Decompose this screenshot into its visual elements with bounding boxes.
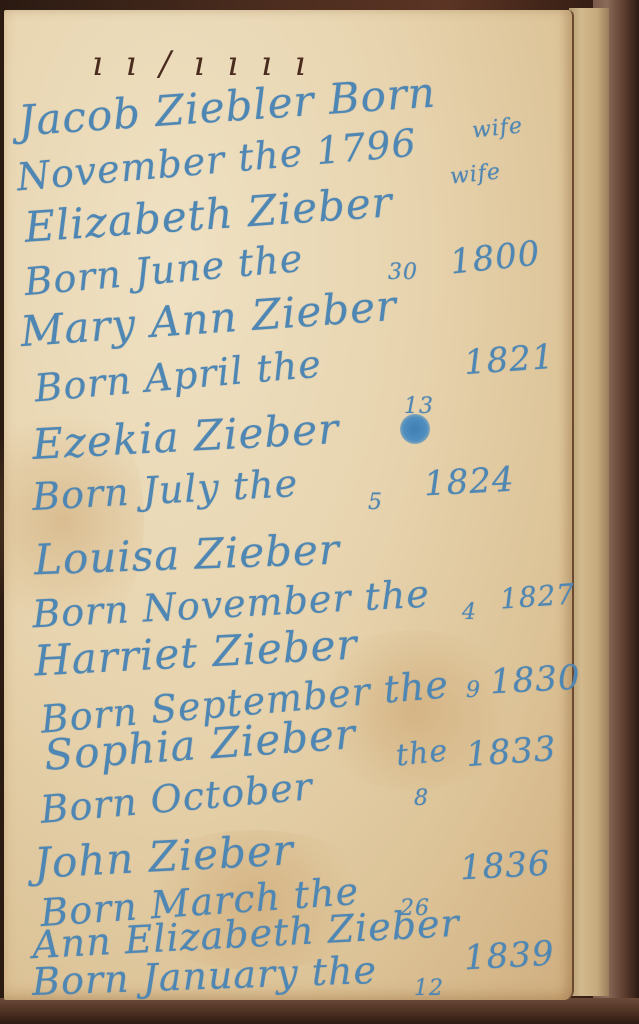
ink-blot <box>400 414 430 444</box>
register-page: ı ı / ı ı ı ı Jacob Ziebler Born wife No… <box>4 10 574 1000</box>
entry-the-sophia: the <box>394 733 450 773</box>
entry-day-ann-elizabeth: 12 <box>414 976 444 1001</box>
entry-year-ezekia: 1824 <box>423 460 516 505</box>
book-bottom-edge <box>0 998 639 1024</box>
entry-day-louisa: 4 <box>462 600 477 625</box>
entry-year-mary-ann: 1821 <box>463 337 556 383</box>
entry-name-louisa: Louisa Zieber <box>33 525 340 585</box>
entry-year-elizabeth: 1800 <box>448 233 542 282</box>
entry-note-wife: wife <box>471 113 524 143</box>
entry-day-ezekia: 5 <box>368 490 383 515</box>
entry-year-louisa: 1827 <box>499 577 576 615</box>
entry-year-ann-elizabeth: 1839 <box>463 934 556 979</box>
entry-year-sophia: 1833 <box>465 729 558 775</box>
entry-note-wife: wife <box>449 159 502 189</box>
entry-year-harriet: 1830 <box>489 658 582 703</box>
entry-day-harriet: 9 <box>466 678 481 703</box>
entry-day-sophia: 8 <box>414 786 429 811</box>
entry-year-john: 1836 <box>459 844 552 889</box>
